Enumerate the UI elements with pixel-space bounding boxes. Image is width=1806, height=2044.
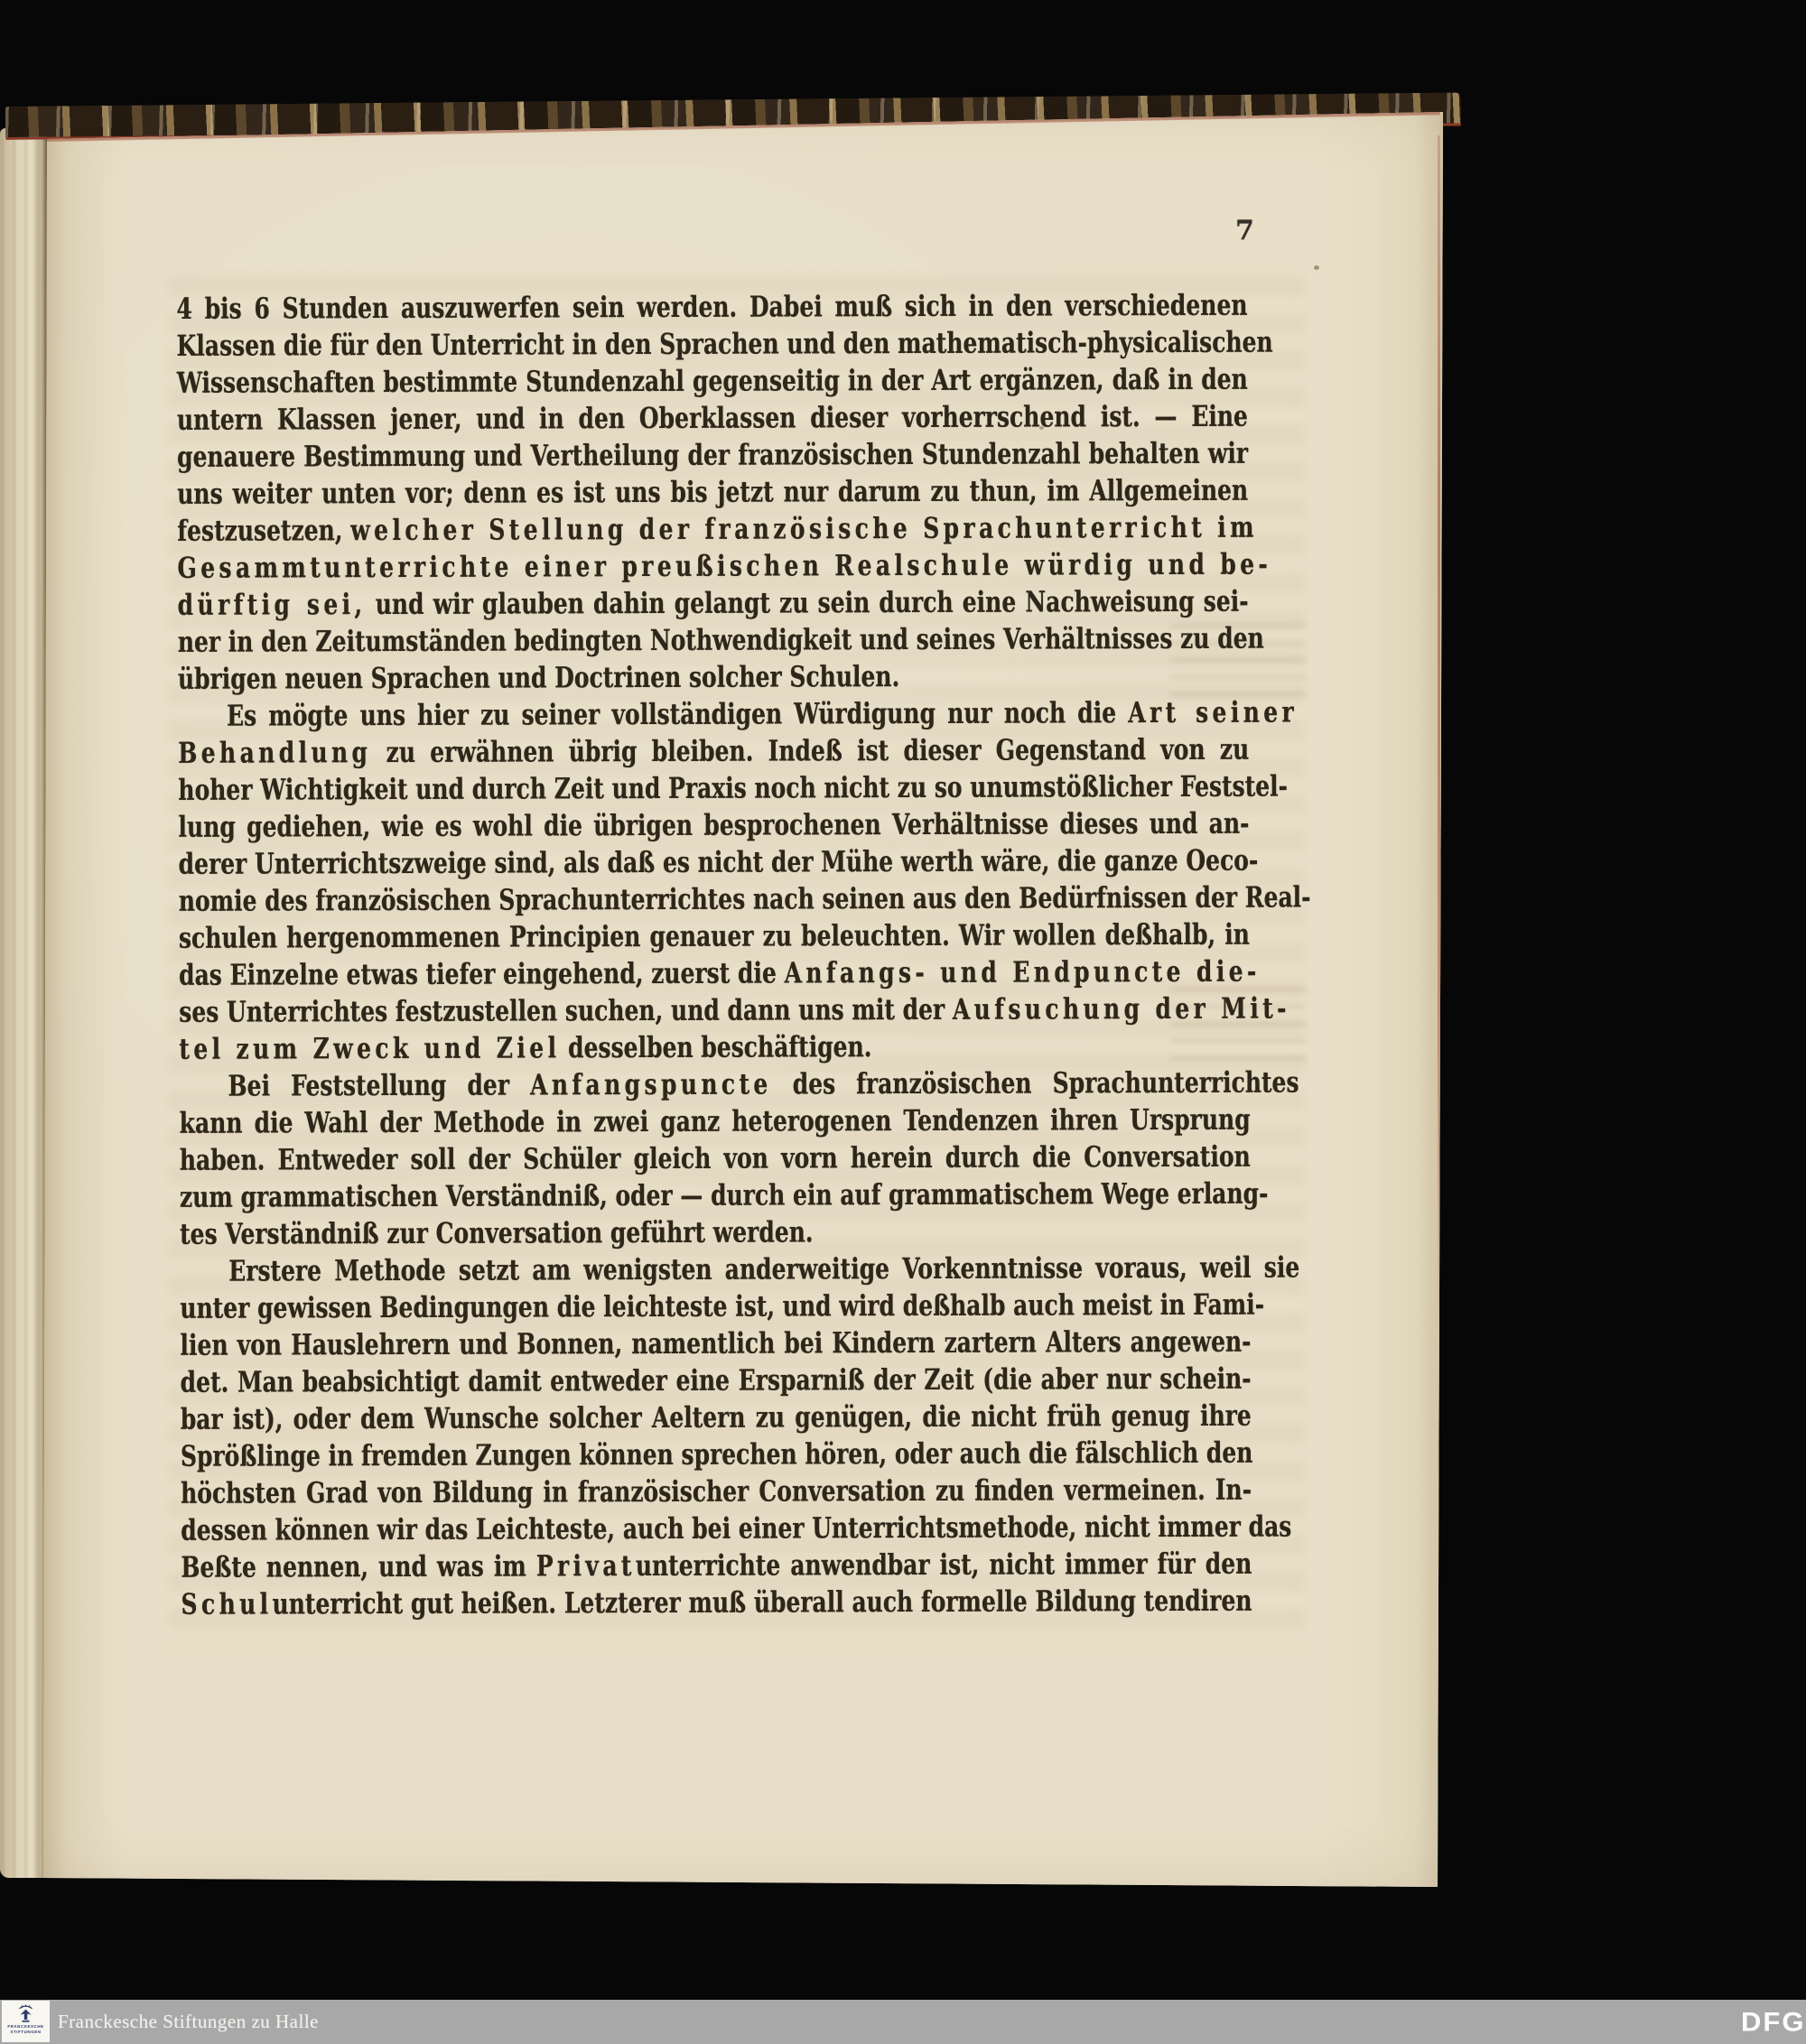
franckesche-stiftungen-logo: FRANCKESCHE STIFTUNGEN [2,2001,50,2042]
institution-name: Franckesche Stiftungen zu Halle [58,2000,319,2044]
text-block: 4 bis 6 Stunden auszuwerfen sein werden.… [176,287,1252,1623]
page-number: 7 [1235,215,1289,246]
text-line: Schulunterricht gut heißen. Letzterer mu… [181,1583,1252,1623]
digitisation-footer-bar: FRANCKESCHE STIFTUNGEN Franckesche Stift… [0,2000,1806,2044]
franckesche-stiftungen-emblem-icon [16,2002,35,2024]
scan-background: 7 4 bis 6 Stunden auszuwerfen sein werde… [0,0,1806,2044]
dfg-logo: DFG [1741,2001,1805,2043]
book-binding-page-edges [0,128,47,1878]
paper-speck [1314,265,1319,270]
book-page: 7 4 bis 6 Stunden auszuwerfen sein werde… [42,105,1443,1889]
logo-caption-line2: STIFTUNGEN [10,2030,41,2035]
page-fore-edge-red-line [1438,135,1440,1336]
